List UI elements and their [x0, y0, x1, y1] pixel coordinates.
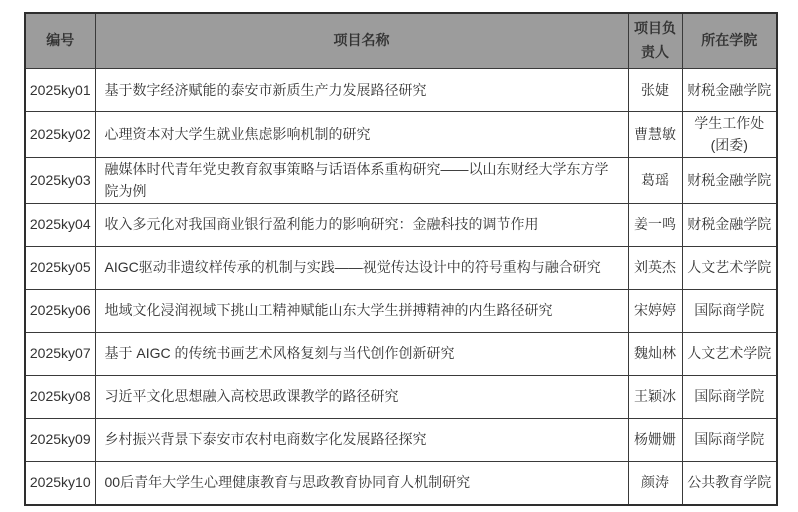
table-row: 2025ky01 基于数字经济赋能的泰安市新质生产力发展路径研究 张婕 财税金融… — [25, 69, 777, 112]
project-name-cell: 心理资本对大学生就业焦虑影响机制的研究 — [95, 112, 628, 158]
project-leader-cell: 刘英杰 — [628, 246, 682, 289]
project-college-cell: 学生工作处 (团委) — [682, 112, 777, 158]
project-leader-cell: 颜涛 — [628, 461, 682, 505]
project-college-cell: 人文艺术学院 — [682, 246, 777, 289]
project-college-cell: 国际商学院 — [682, 418, 777, 461]
project-leader-cell: 宋婷婷 — [628, 289, 682, 332]
header-row: 编号 项目名称 项目负责人 所在学院 — [25, 13, 777, 69]
project-college-cell: 公共教育学院 — [682, 461, 777, 505]
page: 编号 项目名称 项目负责人 所在学院 2025ky01 基于数字经济赋能的泰安市… — [0, 0, 798, 512]
project-leader-cell: 曹慧敏 — [628, 112, 682, 158]
project-leader-cell: 张婕 — [628, 69, 682, 112]
table-row: 2025ky05 AIGC驱动非遗纹样传承的机制与实践——视觉传达设计中的符号重… — [25, 246, 777, 289]
project-college-cell: 国际商学院 — [682, 375, 777, 418]
table-row: 2025ky09 乡村振兴背景下泰安市农村电商数字化发展路径探究 杨姗姗 国际商… — [25, 418, 777, 461]
project-id-cell: 2025ky04 — [25, 203, 95, 246]
project-college-cell: 财税金融学院 — [682, 69, 777, 112]
project-name-cell: 收入多元化对我国商业银行盈利能力的影响研究：金融科技的调节作用 — [95, 203, 628, 246]
table-header: 编号 项目名称 项目负责人 所在学院 — [25, 13, 777, 69]
table-row: 2025ky02 心理资本对大学生就业焦虑影响机制的研究 曹慧敏 学生工作处 (… — [25, 112, 777, 158]
header-college: 所在学院 — [682, 13, 777, 69]
project-id-cell: 2025ky09 — [25, 418, 95, 461]
project-college-cell: 人文艺术学院 — [682, 332, 777, 375]
project-leader-cell: 杨姗姗 — [628, 418, 682, 461]
table-row: 2025ky10 00后青年大学生心理健康教育与思政教育协同育人机制研究 颜涛 … — [25, 461, 777, 505]
project-id-cell: 2025ky02 — [25, 112, 95, 158]
project-leader-cell: 姜一鸣 — [628, 203, 682, 246]
project-id-cell: 2025ky05 — [25, 246, 95, 289]
project-name-cell: 乡村振兴背景下泰安市农村电商数字化发展路径探究 — [95, 418, 628, 461]
project-name-cell: 00后青年大学生心理健康教育与思政教育协同育人机制研究 — [95, 461, 628, 505]
table-row: 2025ky03 融媒体时代青年党史教育叙事策略与话语体系重构研究——以山东财经… — [25, 157, 777, 203]
project-leader-cell: 葛瑶 — [628, 157, 682, 203]
table-row: 2025ky04 收入多元化对我国商业银行盈利能力的影响研究：金融科技的调节作用… — [25, 203, 777, 246]
table-row: 2025ky06 地域文化浸润视域下挑山工精神赋能山东大学生拼搏精神的内生路径研… — [25, 289, 777, 332]
project-leader-cell: 王颖冰 — [628, 375, 682, 418]
table-row: 2025ky07 基于 AIGC 的传统书画艺术风格复刻与当代创作创新研究 魏灿… — [25, 332, 777, 375]
project-table: 编号 项目名称 项目负责人 所在学院 2025ky01 基于数字经济赋能的泰安市… — [24, 12, 778, 506]
project-name-cell: AIGC驱动非遗纹样传承的机制与实践——视觉传达设计中的符号重构与融合研究 — [95, 246, 628, 289]
header-leader: 项目负责人 — [628, 13, 682, 69]
project-college-cell: 财税金融学院 — [682, 203, 777, 246]
project-name-cell: 习近平文化思想融入高校思政课教学的路径研究 — [95, 375, 628, 418]
project-id-cell: 2025ky06 — [25, 289, 95, 332]
project-id-cell: 2025ky07 — [25, 332, 95, 375]
project-leader-cell: 魏灿林 — [628, 332, 682, 375]
project-id-cell: 2025ky01 — [25, 69, 95, 112]
project-id-cell: 2025ky10 — [25, 461, 95, 505]
project-name-cell: 融媒体时代青年党史教育叙事策略与话语体系重构研究——以山东财经大学东方学院为例 — [95, 157, 628, 203]
project-college-cell: 国际商学院 — [682, 289, 777, 332]
project-college-cell: 财税金融学院 — [682, 157, 777, 203]
project-name-cell: 基于数字经济赋能的泰安市新质生产力发展路径研究 — [95, 69, 628, 112]
project-id-cell: 2025ky03 — [25, 157, 95, 203]
project-name-cell: 地域文化浸润视域下挑山工精神赋能山东大学生拼搏精神的内生路径研究 — [95, 289, 628, 332]
table-body: 2025ky01 基于数字经济赋能的泰安市新质生产力发展路径研究 张婕 财税金融… — [25, 69, 777, 505]
header-id: 编号 — [25, 13, 95, 69]
header-name: 项目名称 — [95, 13, 628, 69]
table-row: 2025ky08 习近平文化思想融入高校思政课教学的路径研究 王颖冰 国际商学院 — [25, 375, 777, 418]
project-name-cell: 基于 AIGC 的传统书画艺术风格复刻与当代创作创新研究 — [95, 332, 628, 375]
project-id-cell: 2025ky08 — [25, 375, 95, 418]
